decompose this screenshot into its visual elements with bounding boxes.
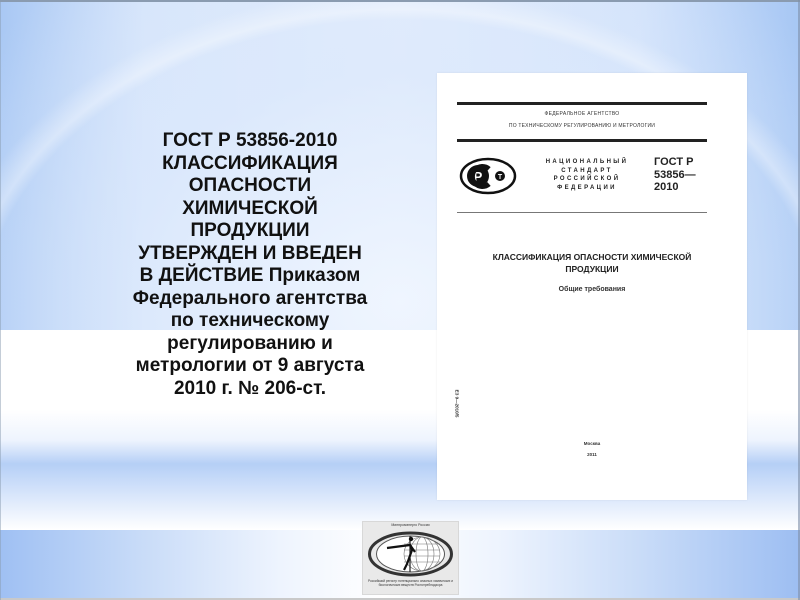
agency-line-2: ПО ТЕХНИЧЕСКОМУ РЕГУЛИРОВАНИЮ И МЕТРОЛОГ… [457,123,707,129]
title-line: ПРОДУКЦИИ [452,263,732,275]
agency-line-1: ФЕДЕРАЛЬНОЕ АГЕНТСТВО [457,111,707,117]
publication-city: Москва [537,441,647,446]
divider [457,139,707,142]
emblem-top-text: Минпромэнерго России [363,523,458,527]
gost-line: 2010 [654,181,696,194]
side-code: ЕЗ 9—2010/5 [453,385,461,425]
text-line: ОПАСНОСТИ [100,175,400,198]
globe-figure-icon [367,530,454,578]
document-subtitle: Общие требования [452,286,732,293]
gost-line: 53856— [654,169,696,182]
text-line: ХИМИЧЕСКОЙ [100,198,400,221]
text-line: регулированию и [100,333,400,356]
registry-emblem: Минпромэнерго России Российский регистр … [362,521,459,595]
gost-line: ГОСТ Р [654,156,696,169]
national-standard-label: НАЦИОНАЛЬНЫЙ СТАНДАРТ РОССИЙСКОЙ ФЕДЕРАЦ… [532,158,642,192]
divider [457,212,707,213]
text-line: В ДЕЙСТВИЕ Приказом [100,265,400,288]
document-title: КЛАССИФИКАЦИЯ ОПАСНОСТИ ХИМИЧЕСКОЙ ПРОДУ… [452,251,732,275]
label-line: РОССИЙСКОЙ [532,175,642,184]
text-line: КЛАССИФИКАЦИЯ [100,153,400,176]
text-bold-part: В ДЕЙСТВИЕ [140,265,264,286]
publication-year: 2011 [537,452,647,457]
text-line: УТВЕРЖДЕН И ВВЕДЕН [100,243,400,266]
label-line: СТАНДАРТ [532,167,642,176]
gost-document-cover: ФЕДЕРАЛЬНОЕ АГЕНТСТВО ПО ТЕХНИЧЕСКОМУ РЕ… [437,73,747,500]
emblem-bottom-text: Российский регистр потенциально опасных … [367,579,454,587]
text-line: метрологии от 9 августа [100,355,400,378]
label-line: НАЦИОНАЛЬНЫЙ [532,158,642,167]
divider [457,102,707,105]
text-line: Федерального агентства [100,288,400,311]
rst-logo-icon: Р Т [459,157,517,195]
text-line: ПРОДУКЦИИ [100,220,400,243]
slide-description: ГОСТ Р 53856-2010 КЛАССИФИКАЦИЯ ОПАСНОСТ… [100,130,400,400]
frame-border-left [0,0,1,600]
side-code-text: ЕЗ 9—2010/5 [455,384,460,424]
svg-text:Т: Т [498,174,503,181]
text-line: ГОСТ Р 53856-2010 [100,130,400,153]
title-line: КЛАССИФИКАЦИЯ ОПАСНОСТИ ХИМИЧЕСКОЙ [452,251,732,263]
text-line: по техническому [100,310,400,333]
text-line: 2010 г. № 206-ст. [100,378,400,401]
text-normal-part: Приказом [269,265,361,286]
label-line: ФЕДЕРАЦИИ [532,184,642,193]
gost-number: ГОСТ Р 53856— 2010 [654,156,696,194]
